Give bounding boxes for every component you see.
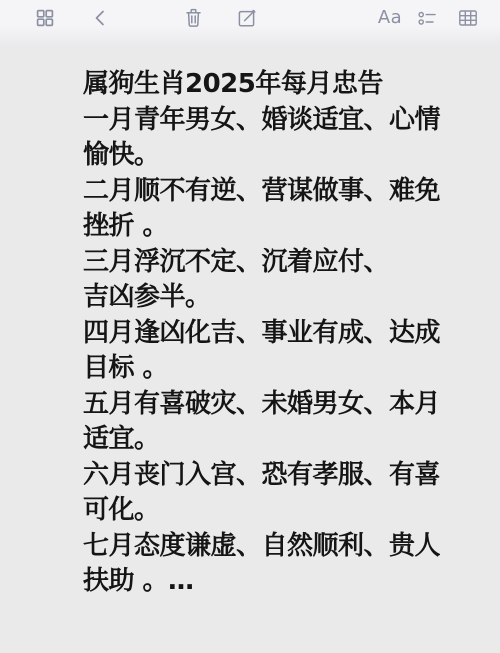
note-line-3: 二月顺不有逆、营谋做事、难免	[83, 174, 453, 210]
note-line-8: 目标 。	[83, 351, 453, 387]
note-line-10: 适宜。	[83, 422, 453, 458]
table-icon	[458, 9, 478, 27]
checklist-button[interactable]	[417, 8, 437, 28]
note-content-area: 属狗生肖2025年每月忠告 一月青年男女、婚谈适宜、心情 愉快。 二月顺不有逆、…	[0, 46, 500, 653]
note-line-14: 扶助 。…	[83, 564, 453, 600]
trash-icon	[184, 8, 203, 28]
grid-view-button[interactable]	[36, 8, 54, 28]
note-text-block: 属狗生肖2025年每月忠告 一月青年男女、婚谈适宜、心情 愉快。 二月顺不有逆、…	[83, 67, 453, 600]
note-line-2: 愉快。	[83, 138, 453, 174]
note-line-12: 可化。	[83, 493, 453, 529]
compose-icon	[237, 8, 257, 28]
grid-icon	[36, 9, 54, 27]
checklist-icon	[418, 11, 437, 26]
note-line-7: 四月逢凶化吉、事业有成、达成	[83, 316, 453, 352]
note-line-5: 三月浮沉不定、沉着应付、	[83, 245, 453, 281]
note-line-11: 六月丧门入宫、恐有孝服、有喜	[83, 458, 453, 494]
back-chevron-icon	[93, 9, 107, 27]
delete-button[interactable]	[183, 8, 203, 28]
note-line-6: 吉凶参半。	[83, 280, 453, 316]
toolbar: Aa	[0, 0, 500, 46]
compose-button[interactable]	[237, 8, 257, 28]
note-line-1: 一月青年男女、婚谈适宜、心情	[83, 103, 453, 139]
back-button[interactable]	[92, 8, 108, 28]
note-line-9: 五月有喜破灾、未婚男女、本月	[83, 387, 453, 423]
table-button[interactable]	[458, 8, 478, 28]
note-title: 属狗生肖2025年每月忠告	[83, 67, 453, 103]
text-format-label: Aa	[378, 8, 402, 28]
text-format-button[interactable]: Aa	[376, 8, 404, 28]
note-line-4: 挫折 。	[83, 209, 453, 245]
note-line-13: 七月态度谦虚、自然顺利、贵人	[83, 529, 453, 565]
